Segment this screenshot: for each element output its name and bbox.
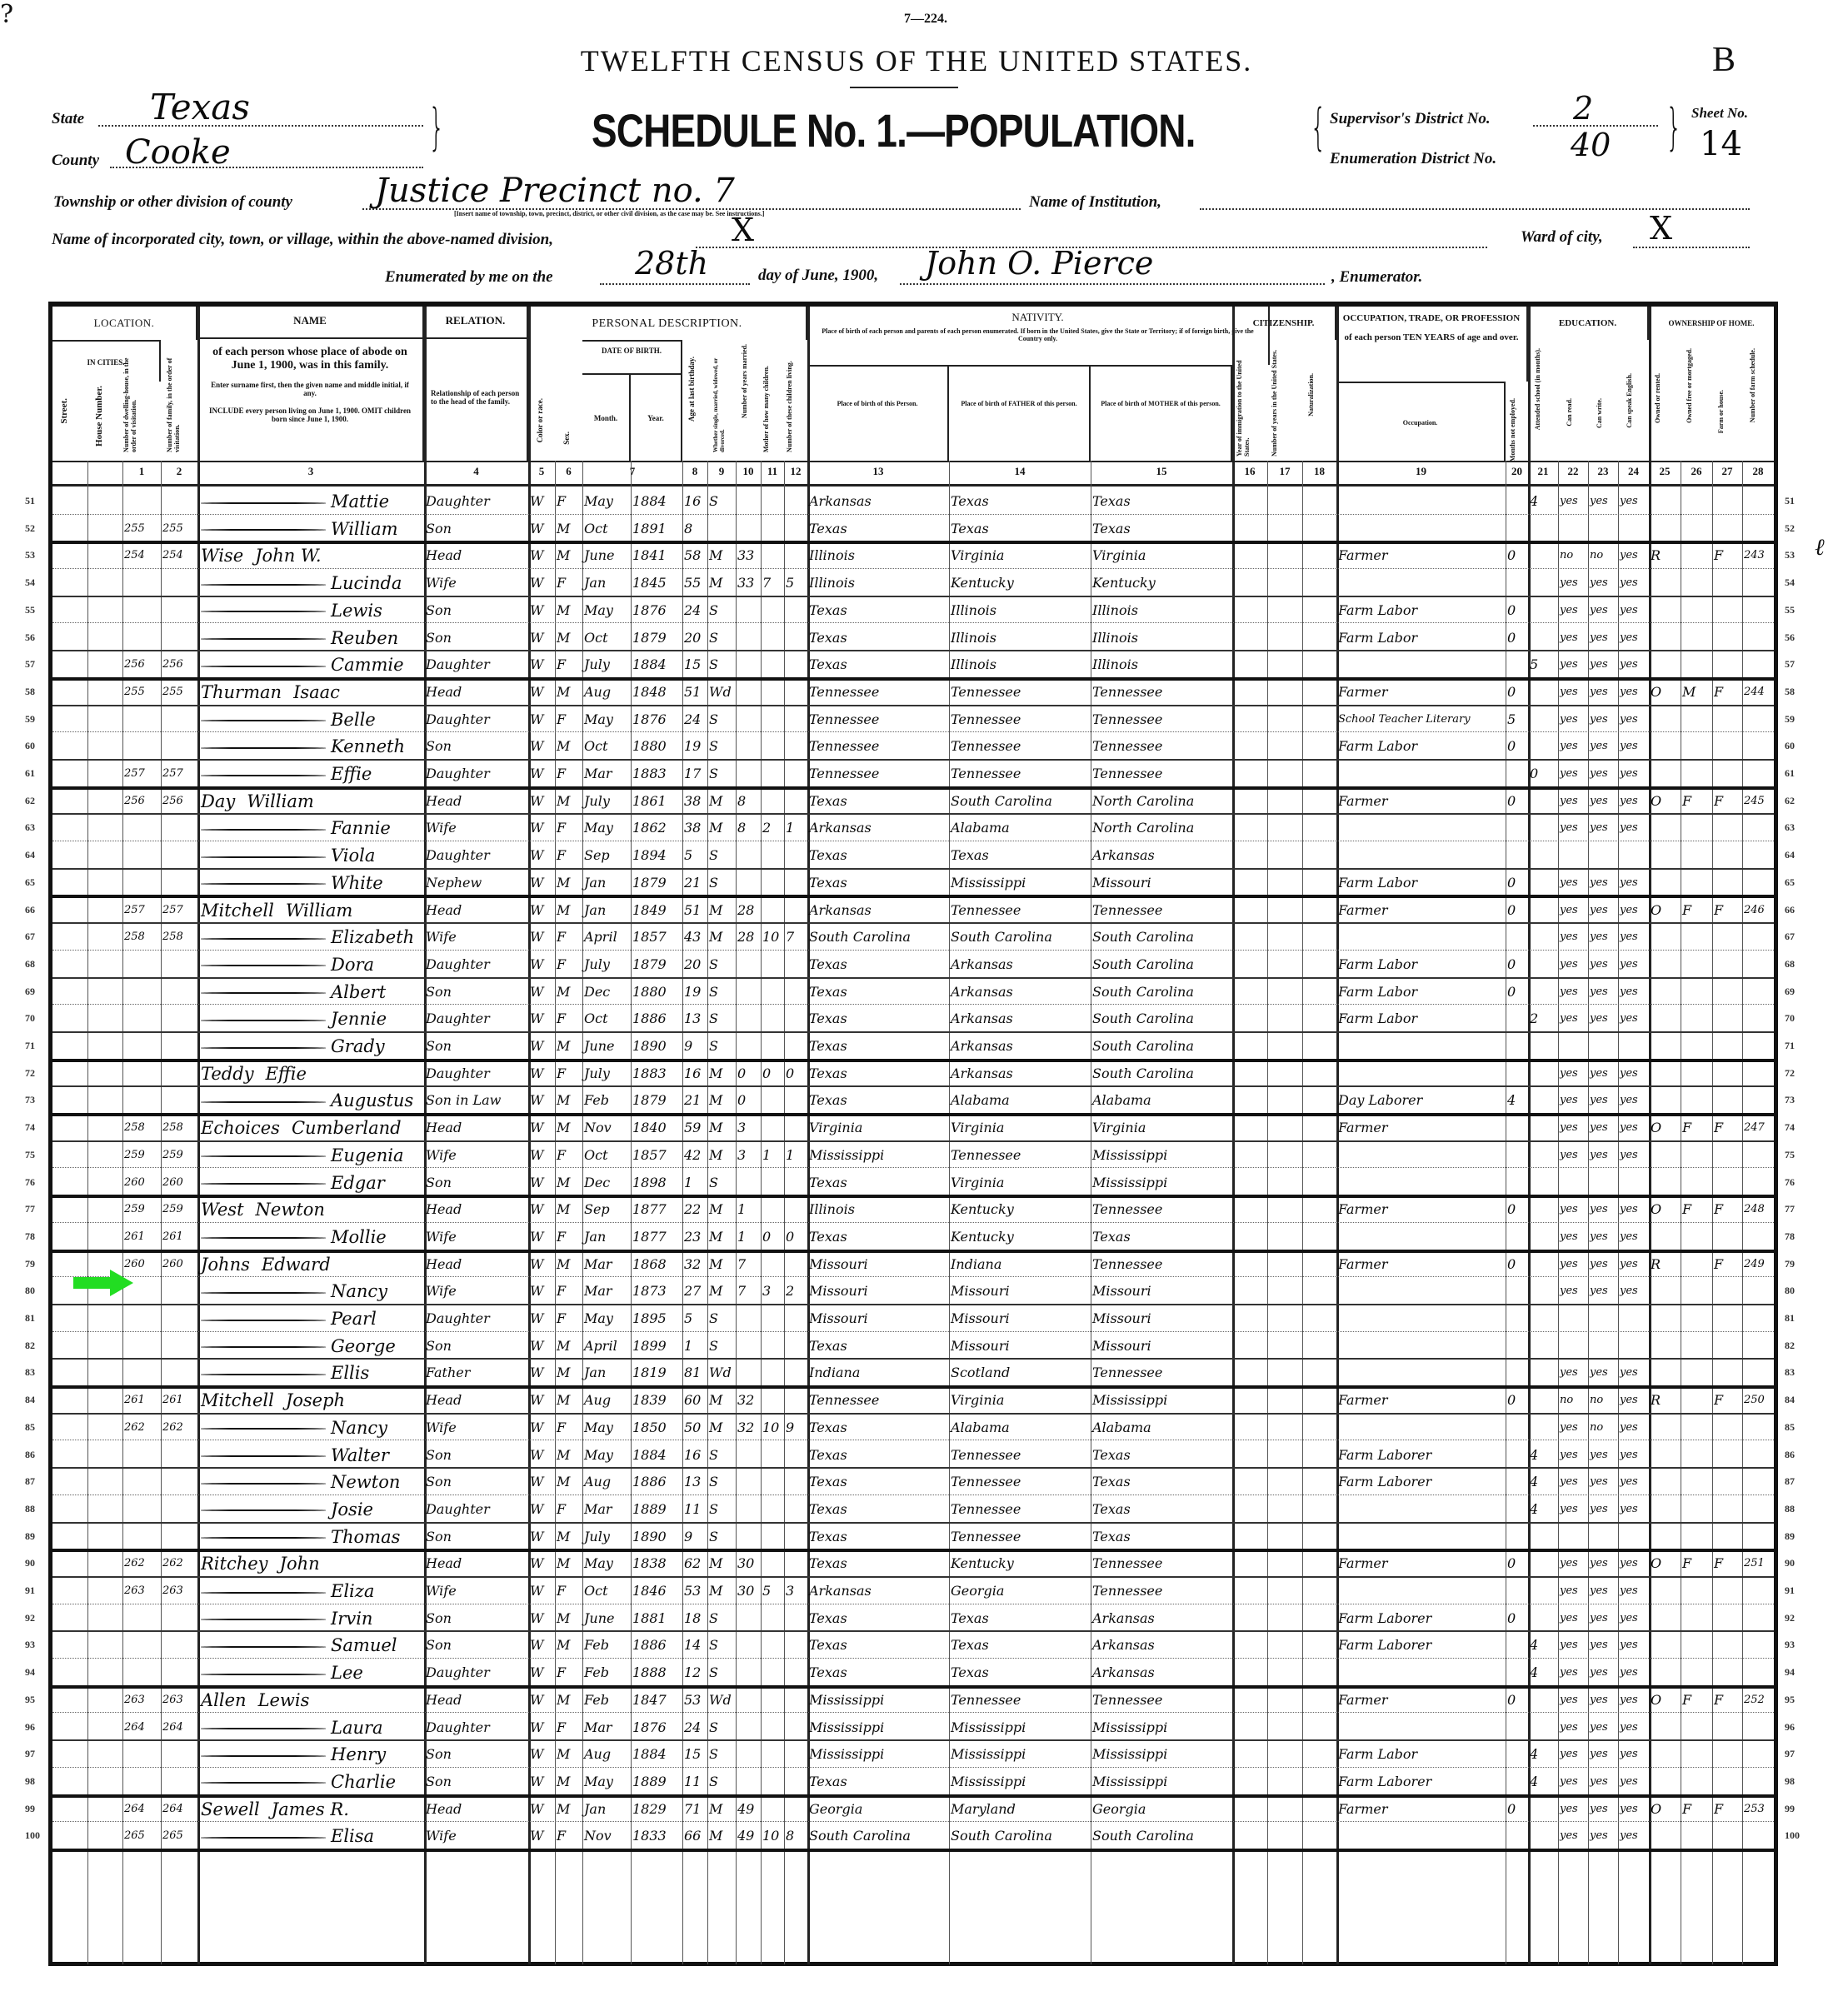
table-row[interactable]: 262262RitcheyJohnHeadWMMay183862M30Texas… [52,1549,1774,1578]
cell-year: 1894 [632,841,667,867]
cell-birth: Tennessee [809,731,879,758]
cell-school: 4 [1530,1467,1538,1494]
line-number-left: 54 [25,576,35,589]
cell-sex: M [557,596,570,622]
cell-color: W [530,1304,543,1330]
cell-father: Arkansas [951,1004,1013,1030]
vh-can-read: Can read. [1566,398,1573,427]
cell-father: Tennessee [951,1685,1021,1712]
cell-living: 0 [786,1222,794,1249]
cell-age: 15 [684,650,701,676]
cell-birth: Tennessee [809,1385,879,1412]
cell-read: yes [1560,977,1578,1004]
table-row[interactable]: JosieDaughterWFMar188911STexasTennesseeT… [52,1495,1774,1524]
table-row[interactable]: 255255ThurmanIsaacHeadWMAug184851WdTenne… [52,677,1774,706]
cell-read: yes [1560,1440,1578,1467]
table-row[interactable]: DoraDaughterWFJuly187920STexasArkansasSo… [52,950,1774,979]
cell-read: yes [1560,1276,1578,1303]
table-row[interactable]: 259259EugeniaWifeWFOct185742M311Mississi… [52,1140,1774,1169]
line-number-left: 72 [25,1067,35,1080]
table-row[interactable]: 264264LauraDaughterWFMar187624SMississip… [52,1713,1774,1742]
cell-sex: M [557,1031,570,1058]
ditto-dash [201,1346,326,1348]
cell-month: Aug [584,677,611,704]
line-number-left: 73 [25,1094,35,1106]
cell-family: 260 [162,1168,183,1195]
cell-relation: Son [426,596,452,622]
ditto-dash [201,1374,326,1375]
cell-schedule: 249 [1744,1250,1765,1276]
table-row[interactable]: FannieWifeWFMay186238M821ArkansasAlabama… [52,813,1774,841]
table-row[interactable]: 260260JohnsEdwardHeadWMMar186832M7Missou… [52,1250,1774,1278]
cell-birth: Illinois [809,1195,855,1221]
cell-family: 255 [162,677,183,704]
cell-schedule: 251 [1744,1549,1765,1575]
cell-mother: Missouri [1092,868,1151,895]
cell-read: yes [1560,1358,1578,1385]
cell-birth: Virginia [809,1113,862,1140]
cell-speak: yes [1620,1113,1638,1140]
cell-read: yes [1560,705,1578,731]
cell-birth: Texas [809,1549,847,1575]
cell-name: ThurmanIsaac [201,677,421,704]
cell-birth: South Carolina [809,922,911,949]
table-row[interactable]: 264264SewellJames R.HeadWMJan182971M49Ge… [52,1794,1774,1823]
line-number-right: 77 [1785,1203,1795,1215]
cell-sex: M [557,1168,570,1195]
line-number-left: 59 [25,713,35,726]
cell-month: Mar [584,1713,612,1739]
table-row[interactable]: 265265ElisaWifeWFNov183366M49108South Ca… [52,1821,1774,1852]
table-row[interactable]: 256256DayWilliamHeadWMJuly186138M8TexasS… [52,786,1774,816]
cell-father: South Carolina [951,922,1052,949]
table-row[interactable]: WalterSonWMMay188416STexasTennesseeTexas… [52,1440,1774,1470]
line-number-right: 73 [1785,1094,1795,1106]
cell-month: May [584,705,613,731]
column-number: 14 [949,465,1091,478]
cell-yrs-married: 32 [737,1385,754,1412]
state-value[interactable]: Texas [150,87,250,127]
cell-age: 53 [684,1576,701,1603]
cell-free: F [1682,1794,1691,1821]
line-number-right: 72 [1785,1067,1795,1080]
cell-speak: yes [1620,1467,1638,1494]
cell-mother: Arkansas [1092,1604,1155,1630]
cell-relation: Daughter [426,1495,490,1521]
cell-speak: yes [1620,1140,1638,1167]
table-row[interactable]: ThomasSonWMJuly18909STexasTennesseeTexas [52,1522,1774,1553]
cell-year: 1876 [632,596,667,622]
ditto-dash [201,666,326,667]
cell-relation: Daughter [426,1304,490,1330]
cell-speak: yes [1620,1059,1638,1085]
line-number-right: 94 [1785,1666,1795,1679]
table-row[interactable]: PearlDaughterWFMay18955SMissouriMissouri… [52,1304,1774,1332]
table-row[interactable]: NewtonSonWMAug188613STexasTennesseeTexas… [52,1467,1774,1495]
cell-color: W [530,1140,543,1167]
county-value[interactable]: Cooke [125,133,231,172]
given-name: Henry [331,1744,386,1764]
cell-birth: Texas [809,514,847,541]
table-row[interactable]: 254254WiseJohn W.HeadWMJune184158M33Illi… [52,541,1774,569]
cell-relation: Daughter [426,759,490,786]
cell-relation: Head [426,896,462,922]
line-number-right: 59 [1785,713,1795,726]
cell-write: yes [1590,1658,1608,1684]
surname: Day [201,791,235,811]
cell-read: yes [1560,1222,1578,1249]
cell-write: yes [1590,1549,1608,1575]
cell-year: 1857 [632,1140,667,1167]
line-number-left: 63 [25,821,35,834]
cell-name: Effie [201,759,421,786]
cell-sex: M [557,514,570,541]
line-number-right: 96 [1785,1721,1795,1734]
cell-age: 42 [684,1140,701,1167]
cell-name: Nancy [201,1276,421,1303]
cell-sex: M [557,786,570,813]
cell-write: yes [1590,1794,1608,1821]
cell-school: 4 [1530,1440,1538,1467]
cell-write: yes [1590,977,1608,1004]
line-number-left: 90 [25,1557,35,1569]
cell-marital: S [709,977,718,1004]
cell-relation: Wife [426,1413,457,1440]
cell-relation: Head [426,541,462,567]
table-row[interactable]: 258258ElizabethWifeWFApril185743M28107So… [52,922,1774,951]
column-number: 15 [1091,465,1232,478]
cell-sex: M [557,1440,570,1467]
cell-name: Walter [201,1440,421,1467]
table-row[interactable]: CharlieSonWMMay188911STexasMississippiMi… [52,1767,1774,1798]
cell-yrs-married: 8 [737,813,746,840]
cell-read: yes [1560,1630,1578,1657]
cell-month: April [584,922,617,949]
ward-value[interactable]: X [1650,210,1672,247]
cell-school: 5 [1530,650,1538,676]
column-number: 1 [122,465,161,478]
table-row[interactable]: GradySonWMJune18909STexasArkansasSouth C… [52,1031,1774,1062]
enumeration-value[interactable]: 40 [1571,127,1611,163]
cell-color: W [530,1794,543,1821]
enumerated-day[interactable]: 28th [635,245,708,282]
cell-marital: M [709,1413,722,1440]
table-row[interactable]: MattieDaughterWFMay188416SArkansasTexasT… [52,487,1774,515]
column-number: 17 [1267,465,1302,478]
cell-mother: Mississippi [1092,1739,1167,1766]
cell-month: June [584,541,615,567]
cell-speak: yes [1620,1358,1638,1385]
cell-father: Tennessee [951,896,1021,922]
line-number-right: 65 [1785,876,1795,889]
cell-month: July [584,950,610,976]
cell-free: F [1682,896,1691,922]
cell-dwelling: 255 [124,677,145,704]
table-row[interactable]: AugustusSon in LawWMFeb187921M0TexasAlab… [52,1085,1774,1116]
table-row[interactable]: 259259WestNewtonHeadWMSep187722M1Illinoi… [52,1195,1774,1223]
cell-name: TeddyEffie [201,1059,421,1085]
table-row[interactable]: GeorgeSonWMApril18991STexasMissouriMisso… [52,1331,1774,1360]
cell-year: 1883 [632,759,667,786]
line-number-right: 87 [1785,1475,1795,1488]
county-label: County [52,152,99,170]
cell-father: Tennessee [951,677,1021,704]
table-row[interactable]: LewisSonWMMay187624STexasIllinoisIllinoi… [52,596,1774,624]
cell-mother: South Carolina [1092,1821,1194,1848]
table-row[interactable]: EllisFatherWMJan181981WdIndianaScotlandT… [52,1358,1774,1389]
line-number-right: 75 [1785,1149,1795,1161]
cell-relation: Son [426,977,452,1004]
enumerator-name[interactable]: John O. Pierce [925,245,1153,282]
table-row[interactable]: 261261MitchellJosephHeadWMAug183960M32Te… [52,1385,1774,1415]
cell-age: 53 [684,1685,701,1712]
cell-name: Henry [201,1739,421,1766]
surname: Mitchell [201,1390,274,1410]
cell-color: W [530,514,543,541]
table-row[interactable]: 263263AllenLewisHeadWMFeb184753WdMississ… [52,1685,1774,1714]
cell-read: yes [1560,1821,1578,1848]
cell-father: Scotland [951,1358,1010,1385]
table-row[interactable]: 261261MollieWifeWFJan187723M100TexasKent… [52,1222,1774,1253]
table-row[interactable]: AlbertSonWMDec188019STexasArkansasSouth … [52,977,1774,1006]
cell-speak: yes [1620,1685,1638,1712]
line-number-right: 52 [1785,522,1795,535]
ditto-dash [201,1537,326,1539]
cell-write: yes [1590,1821,1608,1848]
cell-write: yes [1590,1358,1608,1385]
cell-living: 5 [786,568,794,595]
cell-owned: R [1651,1250,1661,1276]
cell-dwelling: 263 [124,1685,145,1712]
cell-age: 58 [684,541,701,567]
cell-year: 1838 [632,1549,667,1575]
table-row[interactable]: KennethSonWMOct188019STennesseeTennessee… [52,731,1774,761]
cell-marital: S [709,1522,718,1549]
cell-name: DayWilliam [201,786,421,813]
header-education: EDUCATION. [1528,307,1649,340]
cell-color: W [530,1440,543,1467]
cell-year: 1890 [632,1031,667,1058]
cell-birth: Texas [809,650,847,676]
cell-marital: M [709,1140,722,1167]
table-row[interactable]: NancyWifeWFMar187327M732MissouriMissouri… [52,1276,1774,1305]
cell-father: Tennessee [951,1495,1021,1521]
cell-color: W [530,977,543,1004]
header-bottom-rule [52,461,1774,462]
ditto-dash [201,965,326,966]
cell-schedule: 244 [1744,677,1765,704]
cell-name: Belle [201,705,421,731]
cell-family: 263 [162,1685,183,1712]
vh-dwelling: Number of dwelling-house, in the order o… [122,344,147,452]
line-number-left: 85 [25,1421,35,1434]
cell-month: Jan [584,896,606,922]
table-row[interactable]: BelleDaughterWFMay187624STennesseeTennes… [52,705,1774,733]
cell-birth: Tennessee [809,677,879,704]
cell-birth: Arkansas [809,896,872,922]
cell-family: 263 [162,1576,183,1603]
cell-month: Sep [584,841,610,867]
ditto-dash [201,856,326,858]
cell-relation: Son [426,731,452,758]
cell-speak: yes [1620,1739,1638,1766]
supervisor-value[interactable]: 2 [1573,90,1593,127]
table-row[interactable]: WhiteNephewWMJan187921STexasMississippiM… [52,868,1774,899]
table-row[interactable]: SamuelSonWMFeb188614STexasTexasArkansasF… [52,1630,1774,1659]
line-number-left: 89 [25,1530,35,1543]
table-row[interactable]: TeddyEffieDaughterWFJuly188316M000TexasA… [52,1059,1774,1088]
cell-birth: Texas [809,1495,847,1521]
cell-write: yes [1590,896,1608,922]
cell-father: Virginia [951,1113,1004,1140]
cell-sex: M [557,1549,570,1575]
cell-relation: Daughter [426,950,490,976]
cell-write: yes [1590,1604,1608,1630]
township-value[interactable]: Justice Precinct no. 7 [375,172,735,210]
table-row[interactable]: 262262NancyWifeWFMay185050M32109TexasAla… [52,1413,1774,1441]
cell-owned: O [1651,1685,1661,1712]
cell-relation: Wife [426,568,457,595]
cell-birth: Mississippi [809,1685,884,1712]
column-number: 20 [1506,465,1528,478]
cell-color: W [530,1195,543,1221]
given-name: Irvin [331,1609,372,1629]
cell-read: yes [1560,1413,1578,1440]
cell-name: EchoicesCumberland [201,1113,421,1140]
cell-color: W [530,1168,543,1195]
given-name: Samuel [331,1635,397,1655]
cell-age: 1 [684,1331,692,1358]
cell-color: W [530,841,543,867]
cell-sex: M [557,541,570,567]
cell-speak: yes [1620,786,1638,813]
cell-marital: S [709,1739,718,1766]
given-name: Newton [331,1472,400,1492]
cell-write: yes [1590,813,1608,840]
cell-month: Jan [584,1358,606,1385]
city-value[interactable]: X [732,212,754,248]
cell-father: Texas [951,1630,989,1657]
cell-mother: Georgia [1092,1794,1146,1821]
cell-read: yes [1560,868,1578,895]
cell-speak: yes [1620,1767,1638,1794]
cell-name: White [201,868,421,895]
table-row[interactable]: 256256CammieDaughterWFJuly188415STexasIl… [52,650,1774,681]
table-row[interactable]: LucindaWifeWFJan184555M3375IllinoisKentu… [52,568,1774,597]
cell-month: July [584,1059,610,1085]
cell-age: 17 [684,759,701,786]
cell-unemployed: 0 [1507,1685,1516,1712]
cell-mother: North Carolina [1092,786,1194,813]
cell-dwelling: 261 [124,1385,145,1412]
cell-unemployed: 0 [1507,1549,1516,1575]
cell-name: Irvin [201,1604,421,1630]
cell-name: Mollie [201,1222,421,1249]
given-name: Grady [331,1036,385,1056]
cell-year: 1862 [632,813,667,840]
cell-relation: Wife [426,1821,457,1848]
cell-read: yes [1560,1685,1578,1712]
column-number: 22 [1558,465,1588,478]
column-number: 27 [1712,465,1742,478]
table-row[interactable]: 263263ElizaWifeWFOct184653M3053ArkansasG… [52,1576,1774,1604]
cell-mother: Texas [1092,514,1131,541]
cell-age: 51 [684,896,701,922]
cell-month: Dec [584,977,610,1004]
cell-color: W [530,1739,543,1766]
table-row[interactable]: JennieDaughterWFOct188613STexasArkansasS… [52,1004,1774,1033]
cell-occupation: Farmer [1338,786,1388,813]
cell-marital: S [709,623,718,650]
cell-school: 4 [1530,1739,1538,1766]
cell-name: Samuel [201,1630,421,1657]
cell-sex: F [557,1276,566,1303]
cell-birth: Texas [809,868,847,895]
cell-relation: Daughter [426,841,490,867]
cell-unemployed: 0 [1507,1250,1516,1276]
cell-family: 254 [162,541,183,567]
cell-name: Newton [201,1467,421,1494]
cell-read: yes [1560,950,1578,976]
cell-write: yes [1590,623,1608,650]
table-row[interactable]: LeeDaughterWFFeb188812STexasTexasArkansa… [52,1658,1774,1689]
cell-month: Jan [584,1794,606,1821]
ditto-dash [201,611,326,612]
cell-color: W [530,1576,543,1603]
cell-mother: Mississippi [1092,1767,1167,1794]
cell-family: 257 [162,759,183,786]
cell-mother: Kentucky [1092,568,1156,595]
cell-age: 66 [684,1821,701,1848]
given-name: Cammie [331,655,404,675]
cell-sex: F [557,487,566,513]
table-row[interactable]: 258258EchoicesCumberlandHeadWMNov184059M… [52,1113,1774,1142]
cell-marital: M [709,922,722,949]
table-row[interactable]: 257257MitchellWilliamHeadWMJan184951M28A… [52,896,1774,925]
cell-father: Arkansas [951,1031,1013,1058]
cell-sex: F [557,950,566,976]
cell-sex: M [557,1385,570,1412]
ditto-dash [201,1101,326,1103]
cell-age: 13 [684,1467,701,1494]
cell-write: yes [1590,1576,1608,1603]
column-number: 12 [784,465,807,478]
cell-write: yes [1590,1113,1608,1140]
table-row[interactable]: ReubenSonWMOct187920STexasIllinoisIllino… [52,623,1774,652]
cell-father: Missouri [951,1331,1010,1358]
given-name: Albert [331,982,386,1002]
cell-father: Illinois [951,650,996,676]
cell-age: 32 [684,1250,701,1276]
cell-read: yes [1560,650,1578,676]
sheet-value[interactable]: 14 [1700,125,1742,163]
cell-birth: Texas [809,1059,847,1085]
given-name: Nancy [331,1418,387,1438]
table-row[interactable]: 260260EdgarSonWMDec18981STexasVirginiaMi… [52,1168,1774,1199]
cell-sex: F [557,1658,566,1684]
cell-write: yes [1590,1495,1608,1521]
table-row[interactable]: IrvinSonWMJune188118STexasTexasArkansasF… [52,1604,1774,1633]
cell-write: yes [1590,868,1608,895]
table-row[interactable]: 255255WilliamSonWMOct18918TexasTexasTexa… [52,514,1774,545]
cell-sex: F [557,1222,566,1249]
cell-occupation: Farm Labor [1338,868,1417,895]
table-row[interactable]: HenrySonWMAug188415SMississippiMississip… [52,1739,1774,1768]
table-row[interactable]: 257257EffieDaughterWFMar188317STennessee… [52,759,1774,790]
cell-birth: Mississippi [809,1739,884,1766]
cell-occupation: Farmer [1338,1549,1388,1575]
table-row[interactable]: ViolaDaughterWFSep18945STexasTexasArkans… [52,841,1774,870]
